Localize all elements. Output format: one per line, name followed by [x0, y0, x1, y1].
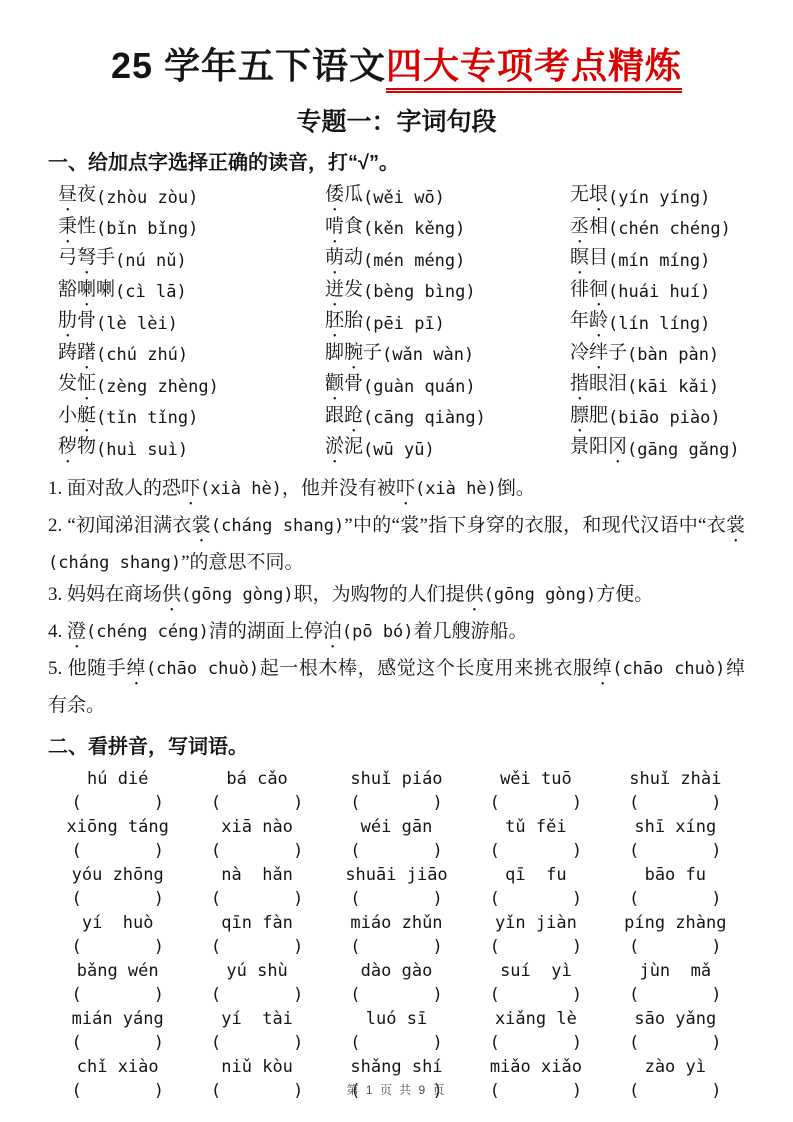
word-pinyin-options: (chén chéng) [608, 219, 731, 239]
word-item: 秉性(bǐn bǐng) [58, 214, 325, 246]
pinyin-item: qīn fàn() [187, 911, 326, 959]
section1-heading: 一、给加点字选择正确的读音，打“√”。 [48, 148, 745, 178]
word-item: 膘肥(biāo piào) [570, 403, 745, 435]
word-item: 无垠(yín yíng) [570, 182, 745, 214]
pinyin-item: shī xíng() [606, 815, 745, 863]
pinyin-item: píng zhàng() [606, 911, 745, 959]
word-item: 肋骨(lè lèi) [58, 308, 325, 340]
answer-blank: () [606, 839, 745, 863]
pinyin-text: miǎo xiǎo [466, 1055, 605, 1079]
pinyin-text: shuǐ piáo [327, 767, 466, 791]
answer-blank: () [327, 983, 466, 1007]
word-pinyin-options: (guàn quán) [363, 377, 476, 397]
word-item: 颧骨(guàn quán) [325, 371, 570, 403]
pinyin-text: yóu zhōng [48, 863, 187, 887]
word-item: 啃食(kěn kěng) [325, 214, 570, 246]
page-title: 25 学年五下语文四大专项考点精炼 [48, 44, 745, 93]
word-item: 年龄(lín líng) [570, 308, 745, 340]
sentence: 1. 面对敌人的恐吓(xià hè)，他并没有被吓(xià hè)倒。 [48, 473, 745, 510]
pinyin-item: yú shù() [187, 959, 326, 1007]
word-item: 小艇(tǐn tǐng) [58, 403, 325, 435]
answer-blank: () [606, 983, 745, 1007]
answer-blank: () [327, 791, 466, 815]
word-item: 萌动(mén méng) [325, 245, 570, 277]
word-pinyin-options: (pēi pī) [363, 314, 445, 334]
worksheet-page: 25 学年五下语文四大专项考点精炼 专题一：字词句段 一、给加点字选择正确的读音… [0, 0, 793, 1103]
word-pinyin-options: (chú zhú) [96, 345, 188, 365]
answer-blank: () [327, 887, 466, 911]
word-pinyin-options: (lè lèi) [96, 314, 178, 334]
pinyin-item: jùn mǎ() [606, 959, 745, 1007]
pinyin-text: miáo zhǔn [327, 911, 466, 935]
word-pinyin-options: (wěi wō) [363, 188, 445, 208]
answer-blank: () [187, 887, 326, 911]
answer-blank: () [187, 1031, 326, 1055]
answer-blank: () [187, 791, 326, 815]
pinyin-text: suí yì [466, 959, 605, 983]
sentence: 5. 他随手绰(chāo chuò)起一根木棒，感觉这个长度用来挑衣服绰(chā… [48, 653, 745, 722]
pinyin-text: xiā nào [187, 815, 326, 839]
pinyin-text: wěi tuō [466, 767, 605, 791]
word-item: 秽物(huì suì) [58, 434, 325, 466]
word-item: 迸发(bèng bìng) [325, 277, 570, 309]
word-pinyin-options: (wū yū) [363, 440, 435, 460]
word-pinyin-options: (bǐn bǐng) [96, 219, 198, 239]
word-pinyin-options: (gāng gǎng) [627, 440, 740, 460]
answer-blank: () [48, 935, 187, 959]
pinyin-text: bá cǎo [187, 767, 326, 791]
word-pinyin-options: (kěn kěng) [363, 219, 465, 239]
pinyin-item: yǐn jiàn() [466, 911, 605, 959]
word-item: 丞相(chén chéng) [570, 214, 745, 246]
word-text: 景阳冈 [570, 431, 627, 468]
pinyin-item: yí tài() [187, 1007, 326, 1055]
answer-blank: () [187, 935, 326, 959]
word-item: 弓弩手(nú nǔ) [58, 245, 325, 277]
word-item: 淤泥(wū yū) [325, 434, 570, 466]
answer-blank: () [48, 1031, 187, 1055]
pinyin-item: mián yáng() [48, 1007, 187, 1055]
word-item: 踌躇(chú zhú) [58, 340, 325, 372]
word-pinyin-options: (bèng bìng) [363, 282, 476, 302]
pinyin-text: mián yáng [48, 1007, 187, 1031]
pinyin-text: tǔ fěi [466, 815, 605, 839]
answer-blank: () [466, 1031, 605, 1055]
answer-blank: () [606, 887, 745, 911]
pinyin-text: wéi gān [327, 815, 466, 839]
word-pinyin-options: (kāi kǎi) [627, 377, 719, 397]
pinyin-text: sāo yǎng [606, 1007, 745, 1031]
pinyin-item: shuǐ piáo() [327, 767, 466, 815]
pinyin-item: bá cǎo() [187, 767, 326, 815]
word-item: 脚腕子(wǎn wàn) [325, 340, 570, 372]
word-pinyin-options: (wǎn wàn) [382, 345, 474, 365]
word-pinyin-options: (zhòu zòu) [96, 188, 198, 208]
word-text: 秽物 [58, 431, 96, 468]
pinyin-item: bāo fu() [606, 863, 745, 911]
pinyin-item: luó sī() [327, 1007, 466, 1055]
pinyin-text: luó sī [327, 1007, 466, 1031]
answer-blank: () [466, 839, 605, 863]
word-pinyin-options: (huì suì) [96, 440, 188, 460]
pinyin-item: shuǐ zhài() [606, 767, 745, 815]
pinyin-text: bǎng wén [48, 959, 187, 983]
page-title-black-part: 25 学年五下语文 [111, 45, 386, 86]
pinyin-item: tǔ fěi() [466, 815, 605, 863]
answer-blank: () [48, 839, 187, 863]
pinyin-text: niǔ kòu [187, 1055, 326, 1079]
pinyin-text: qīn fàn [187, 911, 326, 935]
pinyin-text: shī xíng [606, 815, 745, 839]
pinyin-item: yóu zhōng() [48, 863, 187, 911]
answer-blank: () [466, 935, 605, 959]
answer-blank: () [606, 1031, 745, 1055]
pinyin-text: shuǐ zhài [606, 767, 745, 791]
pinyin-text: yǐn jiàn [466, 911, 605, 935]
pinyin-item: suí yì() [466, 959, 605, 1007]
pinyin-text: yí huò [48, 911, 187, 935]
answer-blank: () [48, 887, 187, 911]
answer-blank: () [466, 791, 605, 815]
pinyin-item: xiā nào() [187, 815, 326, 863]
pinyin-text: zào yì [606, 1055, 745, 1079]
pinyin-text: chǐ xiào [48, 1055, 187, 1079]
pinyin-text: píng zhàng [606, 911, 745, 935]
word-pinyin-options: (tǐn tǐng) [96, 408, 198, 428]
answer-blank: () [606, 935, 745, 959]
pinyin-row: bǎng wén()yú shù()dào gào()suí yì()jùn m… [48, 959, 745, 1007]
answer-blank: () [327, 935, 466, 959]
pinyin-text: qī fu [466, 863, 605, 887]
word-pinyin-options: (cì lā) [115, 282, 187, 302]
pinyin-text: nà hǎn [187, 863, 326, 887]
word-pinyin-options: (nú nǔ) [115, 251, 187, 271]
pinyin-text: xiǎng lè [466, 1007, 605, 1031]
pinyin-item: shuāi jiāo() [327, 863, 466, 911]
answer-blank: () [187, 839, 326, 863]
pinyin-text: yú shù [187, 959, 326, 983]
pinyin-text: hú dié [48, 767, 187, 791]
word-pinyin-options: (biāo piào) [608, 408, 721, 428]
word-pinyin-options: (huái huí) [608, 282, 710, 302]
word-item: 徘徊(huái huí) [570, 277, 745, 309]
pinyin-text: dào gào [327, 959, 466, 983]
pinyin-text: jùn mǎ [606, 959, 745, 983]
word-pinyin-options: (lín líng) [608, 314, 710, 334]
pinyin-item: dào gào() [327, 959, 466, 1007]
word-pinyin-options: (zèng zhèng) [96, 377, 219, 397]
answer-blank: () [327, 839, 466, 863]
pinyin-item: sāo yǎng() [606, 1007, 745, 1055]
answer-blank: () [48, 791, 187, 815]
page-subtitle: 专题一：字词句段 [48, 102, 745, 138]
pinyin-text: shǎng shí [327, 1055, 466, 1079]
answer-blank: () [187, 983, 326, 1007]
word-item: 倭瓜(wěi wō) [325, 182, 570, 214]
sentence: 4. 澄(chéng céng)清的湖面上停泊(pō bó)着几艘游船。 [48, 616, 745, 653]
word-item: 跟跄(cāng qiàng) [325, 403, 570, 435]
word-item: 胚胎(pēi pī) [325, 308, 570, 340]
word-item: 冷绊子(bàn pàn) [570, 340, 745, 372]
pinyin-item: wéi gān() [327, 815, 466, 863]
word-text: 淤泥 [325, 431, 363, 468]
answer-blank: () [466, 983, 605, 1007]
pinyin-item: miáo zhǔn() [327, 911, 466, 959]
word-pinyin-options: (yín yíng) [608, 188, 710, 208]
pinyin-item: nà hǎn() [187, 863, 326, 911]
page-footer: 第 1 页 共 9 页 [0, 1081, 793, 1098]
word-pinyin-options: (mín míng) [608, 251, 710, 271]
pinyin-row: xiōng táng()xiā nào()wéi gān()tǔ fěi()sh… [48, 815, 745, 863]
pinyin-item: yí huò() [48, 911, 187, 959]
answer-blank: () [466, 887, 605, 911]
answer-blank: () [606, 791, 745, 815]
word-pinyin-options: (bàn pàn) [627, 345, 719, 365]
pinyin-item: hú dié() [48, 767, 187, 815]
pinyin-item: wěi tuō() [466, 767, 605, 815]
pinyin-text: yí tài [187, 1007, 326, 1031]
word-pinyin-options: (mén méng) [363, 251, 465, 271]
pinyin-item: bǎng wén() [48, 959, 187, 1007]
answer-blank: () [327, 1031, 466, 1055]
sentence: 3. 妈妈在商场供(gōng gòng)职，为购物的人们提供(gōng gòng… [48, 579, 745, 616]
pinyin-row: hú dié()bá cǎo()shuǐ piáo()wěi tuō()shuǐ… [48, 767, 745, 815]
sentence-list: 1. 面对敌人的恐吓(xià hè)，他并没有被吓(xià hè)倒。2. “初… [48, 473, 745, 722]
word-grid: 昼夜(zhòu zòu)倭瓜(wěi wō)无垠(yín yíng)秉性(bǐn… [58, 182, 745, 466]
word-item: 发怔(zèng zhèng) [58, 371, 325, 403]
pinyin-text: shuāi jiāo [327, 863, 466, 887]
pinyin-row: mián yáng()yí tài()luó sī()xiǎng lè()sāo… [48, 1007, 745, 1055]
word-item: 瞑目(mín míng) [570, 245, 745, 277]
sentence: 2. “初闻涕泪满衣裳(cháng shang)”中的“裳”指下身穿的衣服，和现… [48, 510, 745, 579]
word-item: 昼夜(zhòu zòu) [58, 182, 325, 214]
section2-heading: 二、看拼音，写词语。 [48, 732, 745, 762]
answer-blank: () [48, 983, 187, 1007]
pinyin-text: xiōng táng [48, 815, 187, 839]
pinyin-item: xiǎng lè() [466, 1007, 605, 1055]
pinyin-item: xiōng táng() [48, 815, 187, 863]
pinyin-row: yí huò()qīn fàn()miáo zhǔn()yǐn jiàn()pí… [48, 911, 745, 959]
pinyin-item: qī fu() [466, 863, 605, 911]
word-item: 揩眼泪(kāi kǎi) [570, 371, 745, 403]
pinyin-text: bāo fu [606, 863, 745, 887]
word-pinyin-options: (cāng qiàng) [363, 408, 486, 428]
page-title-red-part: 四大专项考点精炼 [386, 44, 682, 93]
pinyin-grid: hú dié()bá cǎo()shuǐ piáo()wěi tuō()shuǐ… [48, 767, 745, 1103]
word-item: 景阳冈(gāng gǎng) [570, 434, 745, 466]
pinyin-row: yóu zhōng()nà hǎn()shuāi jiāo()qī fu()bā… [48, 863, 745, 911]
word-item: 豁喇喇(cì lā) [58, 277, 325, 309]
